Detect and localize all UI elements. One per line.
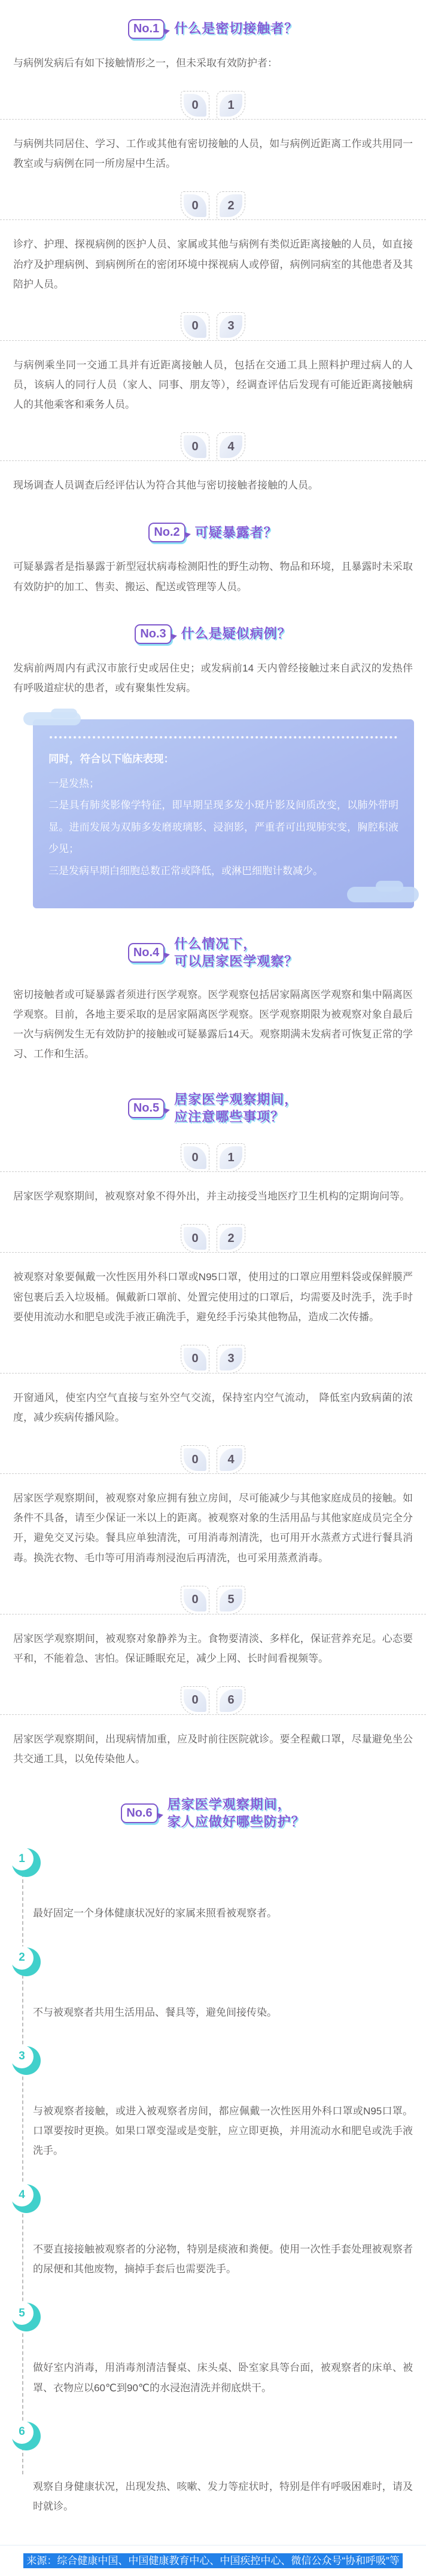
dashed-divider	[0, 1714, 426, 1715]
section-header: No.6 居家医学观察期间，家人应做好哪些防护？	[0, 1796, 426, 1830]
item-number-digit: 1	[227, 99, 234, 112]
item-number-digit: 1	[227, 1151, 234, 1165]
section-title-line: 居家医学观察期间，	[168, 1796, 305, 1814]
numbered-item: 0 2 诊疗、护理、探视病例的医护人员、家属或其他与病例有类似近距离接触的人员，…	[0, 191, 426, 294]
item-number-badge: 0 3	[0, 1345, 426, 1374]
item-text: 与病例共同居住、学习、工作或其他有密切接触的人员，如与病例近距离工作或共用同一教…	[13, 134, 413, 173]
timeline-step-marker: 2	[12, 1948, 41, 1976]
section: No.6 居家医学观察期间，家人应做好哪些防护？ 1 最好固定一个身体健康状况好…	[0, 1796, 426, 2516]
leaf-tile: 3	[217, 1345, 245, 1374]
leaf-tile: 0	[181, 432, 209, 461]
section: No.1 什么是密切接触者？ 与病例发病后有如下接触情形之一，但未采取有效防护者…	[0, 19, 426, 495]
section-number-badge: No.2	[148, 523, 185, 542]
dashed-divider	[0, 119, 426, 120]
section-number-badge: No.1	[128, 19, 165, 39]
dotted-line-decoration	[50, 736, 397, 738]
section: No.2 可疑暴露者？ 可疑暴露者是指暴露于新型冠状病毒检测阳性的野生动物、物品…	[0, 523, 426, 596]
section-title: 什么是密切接触者？	[174, 20, 298, 38]
clinical-criterion: 二是具有肺炎影像学特征，即早期呈现多发小斑片影及间质改变，以肺外带明显。进而发展…	[48, 795, 398, 860]
item-number-badge: 0 4	[0, 432, 426, 461]
leaf-tile: 0	[181, 1445, 209, 1474]
timeline-item: 1 最好固定一个身体健康状况好的家属来照看被观察者。	[0, 1848, 426, 1923]
section-title-line: 什么是密切接触者？	[174, 20, 298, 38]
numbered-item: 0 4 居家医学观察期间，被观察对象应拥有独立房间，尽可能减少与其他家庭成员的接…	[0, 1445, 426, 1568]
numbered-item: 0 1 居家医学观察期间，被观察对象不得外出，并主动接受当地医疗卫生机构的定期询…	[0, 1143, 426, 1206]
leaf-tile: 0	[181, 1143, 209, 1172]
item-number-digit: 0	[191, 1693, 198, 1707]
leaf-tile: 4	[217, 432, 245, 461]
item-number-digit: 2	[227, 199, 234, 213]
item-number-digit: 6	[227, 1693, 234, 1707]
item-number-badge: 0 1	[0, 91, 426, 120]
dashed-divider	[0, 1614, 426, 1614]
item-number-digit: 0	[191, 1151, 198, 1165]
timeline-item: 6 观察自身健康状况，出现发热、咳嗽、发力等症状时，特别是伴有呼吸困难时，请及时…	[0, 2422, 426, 2516]
paragraph: 可疑暴露者是指暴露于新型冠状病毒检测阳性的野生动物、物品和环境，且暴露时未采取有…	[13, 557, 413, 596]
paragraph: 发病前两周内有武汉市旅行史或居住史；或发病前14 天内曾经接触过来自武汉的发热伴…	[13, 658, 413, 698]
section-title: 可疑暴露者？	[195, 524, 278, 542]
leaf-tile: 3	[217, 312, 245, 341]
leaf-tile: 0	[181, 1586, 209, 1614]
clinical-criteria-box: 同时，符合以下临床表现： 一是发热；二是具有肺炎影像学特征，即早期呈现多发小斑片…	[33, 719, 414, 908]
section-body: 发病前两周内有武汉市旅行史或居住史；或发病前14 天内曾经接触过来自武汉的发热伴…	[0, 658, 426, 909]
item-number-digit: 0	[191, 440, 198, 454]
section-number-badge: No.3	[135, 624, 171, 644]
item-number-digit: 0	[191, 99, 198, 112]
paragraph: 密切接触者或可疑暴露者须进行医学观察。医学观察包括居家隔离医学观察和集中隔离医学…	[13, 985, 413, 1064]
section-number-badge: No.4	[128, 943, 165, 963]
section-body: 可疑暴露者是指暴露于新型冠状病毒检测阳性的野生动物、物品和环境，且暴露时未采取有…	[0, 557, 426, 596]
timeline-step-number: 2	[10, 1946, 34, 1970]
item-number-digit: 3	[227, 319, 234, 333]
item-text: 开窗通风，使室内空气直接与室外空气交流，保持室内空气流动， 降低室内致病菌的浓度…	[13, 1388, 413, 1427]
timeline-item: 2 不与被观察者共用生活用品、餐具等，避免间接传染。	[0, 1948, 426, 2022]
leaf-tile: 0	[181, 1686, 209, 1715]
item-number-digit: 4	[227, 440, 234, 454]
item-number-digit: 0	[191, 319, 198, 333]
section-body: 1 最好固定一个身体健康状况好的家属来照看被观察者。 2 不与被观察者共用生活用…	[0, 1848, 426, 2516]
section-body: 与病例发病后有如下接触情形之一，但未采取有效防护者： 0 1 与病例共同居住、学…	[0, 53, 426, 495]
section-title: 什么情况下，可以居家医学观察？	[174, 936, 298, 970]
leaf-tile: 1	[217, 91, 245, 120]
paragraph: 与病例发病后有如下接触情形之一，但未采取有效防护者：	[13, 53, 413, 73]
timeline-step-text: 最好固定一个身体健康状况好的家属来照看被观察者。	[33, 1903, 413, 1923]
dashed-divider	[0, 1473, 426, 1474]
timeline-step-marker: 6	[12, 2422, 41, 2450]
section: No.3 什么是疑似病例？ 发病前两周内有武汉市旅行史或居住史；或发病前14 天…	[0, 624, 426, 909]
section-header: No.4 什么情况下，可以居家医学观察？	[0, 936, 426, 970]
cloud-decoration	[376, 881, 403, 892]
source-attribution: 来源：综合健康中国、中国健康教育中心、中国疾控中心、微信公众号“协和呼吸”等	[23, 2553, 402, 2568]
numbered-item: 0 3 开窗通风，使室内空气直接与室外空气交流，保持室内空气流动， 降低室内致病…	[0, 1345, 426, 1427]
section-number-badge: No.6	[121, 1803, 157, 1823]
item-number-badge: 0 3	[0, 312, 426, 341]
item-text: 居家医学观察期间，被观察对象静养为主。食物要清淡、多样化，保证营养充足。心态要平…	[13, 1629, 413, 1668]
section-body: 密切接触者或可疑暴露者须进行医学观察。医学观察包括居家隔离医学观察和集中隔离医学…	[0, 985, 426, 1064]
timeline-item: 3 与被观察者接触，或进入被观察者房间，都应佩戴一次性医用外科口罩或N95口罩。…	[0, 2046, 426, 2160]
leaf-tile: 5	[217, 1586, 245, 1614]
section-header: No.3 什么是疑似病例？	[0, 624, 426, 644]
section-title-line: 家人应做好哪些防护？	[168, 1814, 305, 1831]
item-number-digit: 0	[191, 1453, 198, 1467]
section-header: No.2 可疑暴露者？	[0, 523, 426, 542]
numbered-item: 0 4 现场调查人员调查后经评估认为符合其他与密切接触者接触的人员。	[0, 432, 426, 495]
timeline-step-number: 3	[10, 2045, 34, 2068]
section: No.4 什么情况下，可以居家医学观察？ 密切接触者或可疑暴露者须进行医学观察。…	[0, 936, 426, 1064]
section: No.5 居家医学观察期间，应注意哪些事项？ 0 1 居家医学观察期间，被观察对…	[0, 1091, 426, 1769]
leaf-tile: 2	[217, 1224, 245, 1253]
timeline-step-text: 不与被观察者共用生活用品、餐具等，避免间接传染。	[33, 2003, 413, 2022]
timeline-item: 4 不要直接接触被观察者的分泌物，特别是痰液和粪便。使用一次性手套处理被观察者的…	[0, 2184, 426, 2279]
timeline-item: 5 做好室内消毒，用消毒剂清洁餐桌、床头桌、卧室家具等台面，被观察者的床单、被罩…	[0, 2303, 426, 2397]
article-sections: No.1 什么是密切接触者？ 与病例发病后有如下接触情形之一，但未采取有效防护者…	[0, 19, 426, 2516]
item-text: 与病例乘坐同一交通工具并有近距离接触人员，包括在交通工具上照料护理过病人的人员，…	[13, 355, 413, 414]
item-number-badge: 0 1	[0, 1143, 426, 1172]
section-title: 居家医学观察期间，家人应做好哪些防护？	[168, 1796, 305, 1830]
numbered-item: 0 6 居家医学观察期间，出现病情加重，应及时前往医院就诊。要全程戴口罩，尽量避…	[0, 1686, 426, 1769]
dashed-divider	[0, 1252, 426, 1253]
health-article: No.1 什么是密切接触者？ 与病例发病后有如下接触情形之一，但未采取有效防护者…	[0, 0, 426, 2576]
section-title: 居家医学观察期间，应注意哪些事项？	[174, 1091, 298, 1125]
item-number-digit: 0	[191, 199, 198, 213]
dashed-divider	[0, 219, 426, 220]
cloud-decoration	[51, 709, 77, 718]
timeline-step-number: 6	[10, 2421, 34, 2444]
leaf-tile: 1	[217, 1143, 245, 1172]
item-text: 诊疗、护理、探视病例的医护人员、家属或其他与病例有类似近距离接触的人员，如直接治…	[13, 234, 413, 294]
timeline-step-text: 做好室内消毒，用消毒剂清洁餐桌、床头桌、卧室家具等台面，被观察者的床单、被罩、衣…	[33, 2358, 413, 2397]
section-title-line: 什么情况下，	[174, 936, 298, 953]
numbered-item: 0 3 与病例乘坐同一交通工具并有近距离接触人员，包括在交通工具上照料护理过病人…	[0, 312, 426, 414]
timeline-step-number: 1	[10, 1847, 34, 1870]
timeline-step-marker: 3	[12, 2046, 41, 2075]
dashed-divider	[0, 340, 426, 341]
section-number-badge: No.5	[128, 1098, 165, 1118]
timeline-step-number: 5	[10, 2302, 34, 2325]
dashed-divider	[0, 1171, 426, 1172]
clinical-criterion: 三是发病早期白细胞总数正常或降低，或淋巴细胞计数减少。	[48, 860, 398, 883]
leaf-tile: 0	[181, 1224, 209, 1253]
item-number-digit: 4	[227, 1453, 234, 1467]
timeline-step-text: 观察自身健康状况，出现发热、咳嗽、发力等症状时，特别是伴有呼吸困难时，请及时就诊…	[33, 2477, 413, 2516]
numbered-item: 0 2 被观察对象要佩戴一次性医用外科口罩或N95口罩，使用过的口罩应用塑料袋或…	[0, 1224, 426, 1326]
item-text: 现场调查人员调查后经评估认为符合其他与密切接触者接触的人员。	[13, 475, 413, 495]
timeline-step-marker: 4	[12, 2184, 41, 2213]
numbered-item: 0 5 居家医学观察期间，被观察对象静养为主。食物要清淡、多样化，保证营养充足。…	[0, 1586, 426, 1668]
protection-timeline: 1 最好固定一个身体健康状况好的家属来照看被观察者。 2 不与被观察者共用生活用…	[0, 1848, 426, 2516]
item-number-digit: 2	[227, 1232, 234, 1246]
clinical-criterion: 一是发热；	[48, 773, 398, 795]
leaf-tile: 4	[217, 1445, 245, 1474]
section-header: No.5 居家医学观察期间，应注意哪些事项？	[0, 1091, 426, 1125]
item-text: 居家医学观察期间，出现病情加重，应及时前往医院就诊。要全程戴口罩，尽量避免坐公共…	[13, 1729, 413, 1769]
timeline-step-marker: 5	[12, 2303, 41, 2331]
section-title-line: 什么是疑似病例？	[181, 625, 291, 643]
item-text: 居家医学观察期间，被观察对象不得外出，并主动接受当地医疗卫生机构的定期询问等。	[13, 1186, 413, 1206]
section-title-line: 居家医学观察期间，	[174, 1091, 298, 1109]
box-title: 同时，符合以下临床表现：	[48, 748, 398, 771]
section-body: 0 1 居家医学观察期间，被观察对象不得外出，并主动接受当地医疗卫生机构的定期询…	[0, 1143, 426, 1769]
item-text: 被观察对象要佩戴一次性医用外科口罩或N95口罩，使用过的口罩应用塑料袋或保鲜膜严…	[13, 1267, 413, 1326]
timeline-step-marker: 1	[12, 1848, 41, 1877]
leaf-tile: 2	[217, 191, 245, 220]
item-text: 居家医学观察期间，被观察对象应拥有独立房间，尽可能减少与其他家庭成员的接触。如条…	[13, 1488, 413, 1568]
item-number-badge: 0 5	[0, 1586, 426, 1614]
item-number-badge: 0 4	[0, 1445, 426, 1474]
leaf-tile: 0	[181, 191, 209, 220]
section-title: 什么是疑似病例？	[181, 625, 291, 643]
item-number-badge: 0 2	[0, 191, 426, 220]
item-number-digit: 3	[227, 1352, 234, 1366]
dashed-divider	[0, 460, 426, 461]
dashed-divider	[0, 1373, 426, 1374]
item-number-digit: 0	[191, 1593, 198, 1607]
numbered-item: 0 1 与病例共同居住、学习、工作或其他有密切接触的人员，如与病例近距离工作或共…	[0, 91, 426, 173]
leaf-tile: 0	[181, 312, 209, 341]
leaf-tile: 0	[181, 1345, 209, 1374]
item-number-digit: 5	[227, 1593, 234, 1607]
item-number-digit: 0	[191, 1232, 198, 1246]
timeline-step-text: 不要直接接触被观察者的分泌物，特别是痰液和粪便。使用一次性手套处理被观察者的尿便…	[33, 2239, 413, 2279]
item-number-badge: 0 2	[0, 1224, 426, 1253]
leaf-tile: 0	[181, 91, 209, 120]
item-number-digit: 0	[191, 1352, 198, 1366]
section-title-line: 可以居家医学观察？	[174, 953, 298, 970]
article-footer: 来源：综合健康中国、中国健康教育中心、中国疾控中心、微信公众号“协和呼吸”等	[0, 2545, 426, 2576]
section-title-line: 可疑暴露者？	[195, 524, 278, 542]
item-number-badge: 0 6	[0, 1686, 426, 1715]
section-title-line: 应注意哪些事项？	[174, 1109, 298, 1126]
leaf-tile: 6	[217, 1686, 245, 1715]
timeline-step-text: 与被观察者接触，或进入被观察者房间，都应佩戴一次性医用外科口罩或N95口罩。口罩…	[33, 2101, 413, 2160]
section-header: No.1 什么是密切接触者？	[0, 19, 426, 39]
timeline-step-number: 4	[10, 2183, 34, 2206]
